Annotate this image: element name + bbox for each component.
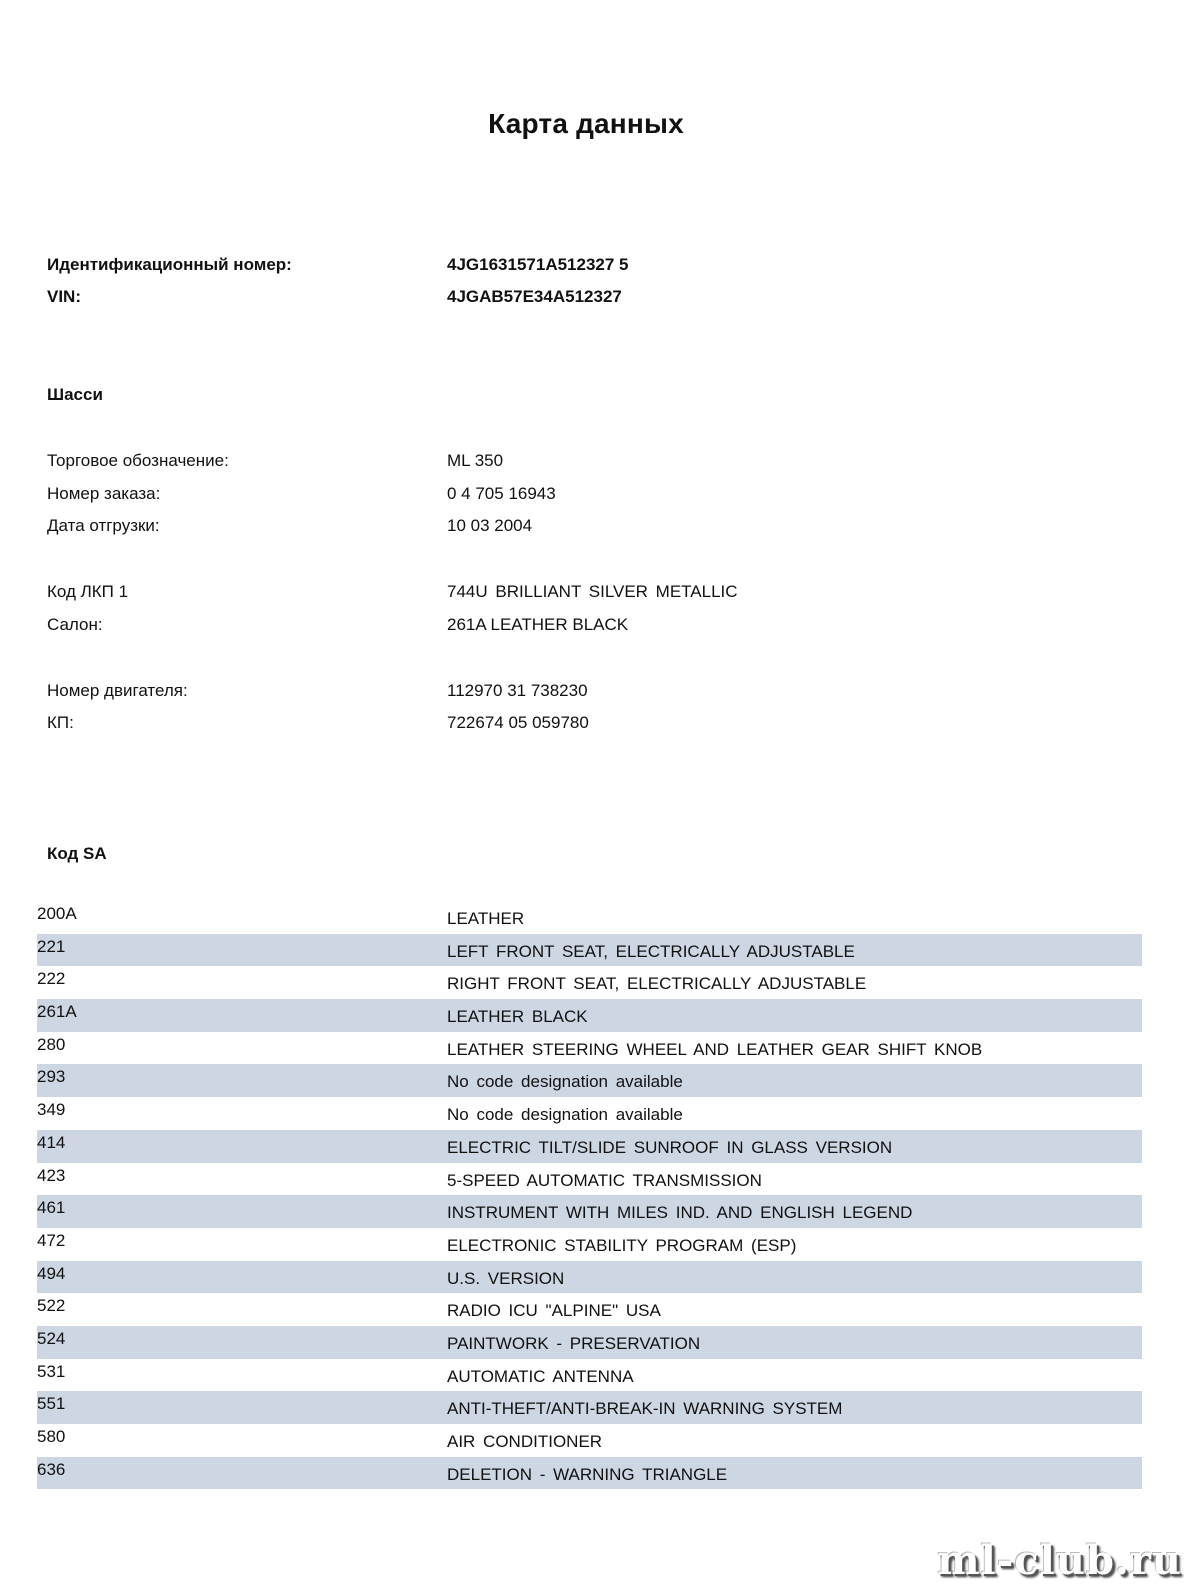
sa-code: 200A xyxy=(37,904,77,924)
shipping-date-label: Дата отгрузки: xyxy=(47,516,160,536)
page-title: Карта данных xyxy=(0,108,1172,140)
table-row: 414ELECTRIC TILT/SLIDE SUNROOF IN GLASS … xyxy=(37,1130,1142,1163)
sa-code: 349 xyxy=(37,1100,65,1120)
sa-code: 524 xyxy=(37,1329,65,1349)
sa-code: 461 xyxy=(37,1198,65,1218)
sa-description: PAINTWORK - PRESERVATION xyxy=(447,1334,700,1354)
ident-number-value: 4JG1631571A512327 5 xyxy=(447,255,629,275)
paint-code-label: Код ЛКП 1 xyxy=(47,582,128,602)
sa-description: AUTOMATIC ANTENNA xyxy=(447,1367,634,1387)
vin-label: VIN: xyxy=(47,287,81,307)
table-row: 280LEATHER STEERING WHEEL AND LEATHER GE… xyxy=(37,1032,1142,1065)
gearbox-value: 722674 05 059780 xyxy=(447,713,589,733)
trade-designation-label: Торговое обозначение: xyxy=(47,451,229,471)
sa-code: 261A xyxy=(37,1002,77,1022)
table-row: 349No code designation available xyxy=(37,1097,1142,1130)
watermark-logo: ml-club.ru xyxy=(937,1537,1182,1584)
chassis-heading: Шасси xyxy=(47,385,103,405)
sa-description: ELECTRONIC STABILITY PROGRAM (ESP) xyxy=(447,1236,796,1256)
sa-description: No code designation available xyxy=(447,1072,683,1092)
sa-code: 531 xyxy=(37,1362,65,1382)
order-number-value: 0 4 705 16943 xyxy=(447,484,556,504)
sa-description: No code designation available xyxy=(447,1105,683,1125)
table-row: 293No code designation available xyxy=(37,1064,1142,1097)
vin-value: 4JGAB57E34A512327 xyxy=(447,287,622,307)
table-row: 580AIR CONDITIONER xyxy=(37,1424,1142,1457)
sa-code: 580 xyxy=(37,1427,65,1447)
sa-description: U.S. VERSION xyxy=(447,1269,564,1289)
sa-code: 293 xyxy=(37,1067,65,1087)
table-row: 222RIGHT FRONT SEAT, ELECTRICALLY ADJUST… xyxy=(37,966,1142,999)
table-row: 472ELECTRONIC STABILITY PROGRAM (ESP) xyxy=(37,1228,1142,1261)
sa-code: 494 xyxy=(37,1264,65,1284)
table-row: 494U.S. VERSION xyxy=(37,1261,1142,1294)
sa-description: RADIO ICU "ALPINE" USA xyxy=(447,1301,661,1321)
sa-code: 414 xyxy=(37,1133,65,1153)
table-row: 200ALEATHER xyxy=(37,901,1142,934)
sa-code: 280 xyxy=(37,1035,65,1055)
table-row: 461INSTRUMENT WITH MILES IND. AND ENGLIS… xyxy=(37,1195,1142,1228)
order-number-label: Номер заказа: xyxy=(47,484,160,504)
engine-number-value: 112970 31 738230 xyxy=(447,681,588,701)
sa-description: 5-SPEED AUTOMATIC TRANSMISSION xyxy=(447,1171,762,1191)
paint-code-value: 744U BRILLIANT SILVER METALLIC xyxy=(447,582,738,602)
sa-code: 221 xyxy=(37,937,65,957)
sa-code: 636 xyxy=(37,1460,65,1480)
sa-codes-heading: Код SA xyxy=(47,844,107,864)
sa-description: DELETION - WARNING TRIANGLE xyxy=(447,1465,727,1485)
interior-label: Салон: xyxy=(47,615,103,635)
sa-description: LEATHER xyxy=(447,909,524,929)
table-row: 524PAINTWORK - PRESERVATION xyxy=(37,1326,1142,1359)
sa-description: ELECTRIC TILT/SLIDE SUNROOF IN GLASS VER… xyxy=(447,1138,892,1158)
sa-codes-table: 200ALEATHER221LEFT FRONT SEAT, ELECTRICA… xyxy=(37,901,1142,1489)
sa-description: RIGHT FRONT SEAT, ELECTRICALLY ADJUSTABL… xyxy=(447,974,866,994)
sa-description: ANTI-THEFT/ANTI-BREAK-IN WARNING SYSTEM xyxy=(447,1399,842,1419)
engine-number-label: Номер двигателя: xyxy=(47,681,188,701)
ident-number-label: Идентификационный номер: xyxy=(47,255,292,275)
table-row: 531AUTOMATIC ANTENNA xyxy=(37,1359,1142,1392)
shipping-date-value: 10 03 2004 xyxy=(447,516,532,536)
sa-description: LEATHER STEERING WHEEL AND LEATHER GEAR … xyxy=(447,1040,982,1060)
sa-description: INSTRUMENT WITH MILES IND. AND ENGLISH L… xyxy=(447,1203,912,1223)
table-row: 636DELETION - WARNING TRIANGLE xyxy=(37,1457,1142,1490)
table-row: 221LEFT FRONT SEAT, ELECTRICALLY ADJUSTA… xyxy=(37,934,1142,967)
sa-description: AIR CONDITIONER xyxy=(447,1432,602,1452)
sa-code: 423 xyxy=(37,1166,65,1186)
sa-code: 522 xyxy=(37,1296,65,1316)
table-row: 261ALEATHER BLACK xyxy=(37,999,1142,1032)
gearbox-label: КП: xyxy=(47,713,74,733)
sa-description: LEFT FRONT SEAT, ELECTRICALLY ADJUSTABLE xyxy=(447,942,855,962)
sa-code: 222 xyxy=(37,969,65,989)
trade-designation-value: ML 350 xyxy=(447,451,503,471)
sa-code: 551 xyxy=(37,1394,65,1414)
table-row: 551ANTI-THEFT/ANTI-BREAK-IN WARNING SYST… xyxy=(37,1391,1142,1424)
interior-value: 261A LEATHER BLACK xyxy=(447,615,628,635)
sa-description: LEATHER BLACK xyxy=(447,1007,588,1027)
sa-code: 472 xyxy=(37,1231,65,1251)
table-row: 4235-SPEED AUTOMATIC TRANSMISSION xyxy=(37,1163,1142,1196)
table-row: 522RADIO ICU "ALPINE" USA xyxy=(37,1293,1142,1326)
